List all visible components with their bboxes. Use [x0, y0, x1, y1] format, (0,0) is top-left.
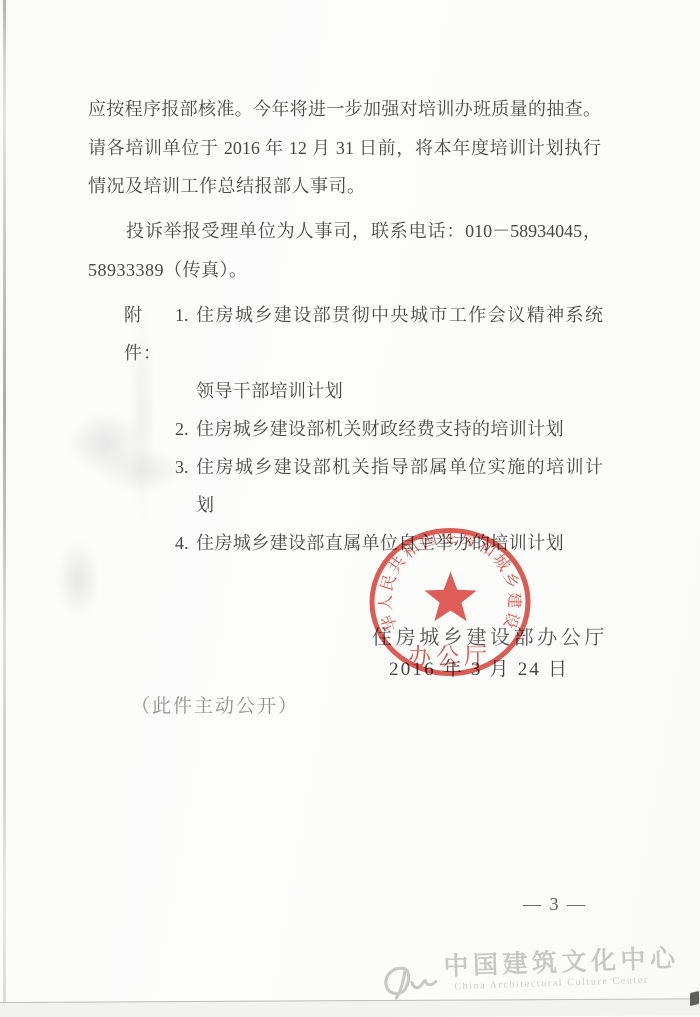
disclosure-note: （此件主动公开）: [131, 691, 299, 718]
seal-ring-text: 中华人民共和国住房和城乡建设部: [368, 526, 523, 633]
attachment-item-continuation: 领导干部培训计划: [124, 372, 603, 410]
attachment-number: 1.: [175, 296, 196, 372]
page-spine-line: [3, 0, 6, 1017]
acc-script-logo-icon: [377, 956, 441, 1004]
scan-corner-mark: [690, 991, 699, 1006]
seal-star-icon: [424, 572, 476, 622]
paragraph-complaint-contact: 投诉举报受理单位为人事司，联系电话：010－58934045， 58933389…: [88, 212, 601, 289]
seal-center-text: 办公厅: [408, 644, 492, 669]
body-line: 58933389（传真）。: [88, 251, 601, 290]
attachment-number: 4.: [175, 524, 196, 562]
attachment-title: 划: [196, 486, 603, 524]
attachment-number: 3.: [175, 448, 196, 486]
attachments-block: 附件： 1. 住房城乡建设部贯彻中央城市工作会议精神系统 领导干部培训计划 2.…: [124, 296, 603, 562]
official-seal: 中华人民共和国住房和城乡建设部 办公厅: [368, 526, 532, 678]
body-line: 投诉举报受理单位为人事司，联系电话：010－58934045，: [88, 212, 601, 251]
attachment-title: 住房城乡建设部机关指导部属单位实施的培训计: [196, 448, 603, 486]
attachment-item: 附件： 1. 住房城乡建设部贯彻中央城市工作会议精神系统: [124, 296, 603, 372]
scan-bottom-edge: [0, 998, 700, 1017]
body-line: 情况及培训工作总结报部人事司。: [88, 167, 601, 206]
attachment-item-continuation: 划: [124, 486, 603, 524]
watermark: 中国建筑文化中心 China Architectural Culture Cen…: [377, 945, 696, 1004]
scan-smudge: [56, 540, 100, 618]
attachment-title: 领导干部培训计划: [196, 372, 603, 410]
attachment-title: 住房城乡建设部贯彻中央城市工作会议精神系统: [196, 296, 603, 372]
body-line: 请各培训单位于 2016 年 12 月 31 日前，将本年度培训计划执行: [88, 129, 601, 168]
attachments-label: 附件：: [124, 296, 175, 372]
attachment-title: 住房城乡建设部机关财政经费支持的培训计划: [196, 410, 603, 448]
attachment-item: 3. 住房城乡建设部机关指导部属单位实施的培训计: [124, 448, 603, 486]
body-line: 应按程序报部核准。今年将进一步加强对培训办班质量的抽查。: [88, 90, 601, 129]
paragraph-training-approval: 应按程序报部核准。今年将进一步加强对培训办班质量的抽查。 请各培训单位于 201…: [88, 90, 601, 206]
page-number: — 3 —: [505, 894, 605, 915]
attachment-number: 2.: [175, 410, 196, 448]
scanned-document-page: 应按程序报部核准。今年将进一步加强对培训办班质量的抽查。 请各培训单位于 201…: [0, 0, 700, 1017]
attachment-item: 2. 住房城乡建设部机关财政经费支持的培训计划: [124, 410, 603, 448]
